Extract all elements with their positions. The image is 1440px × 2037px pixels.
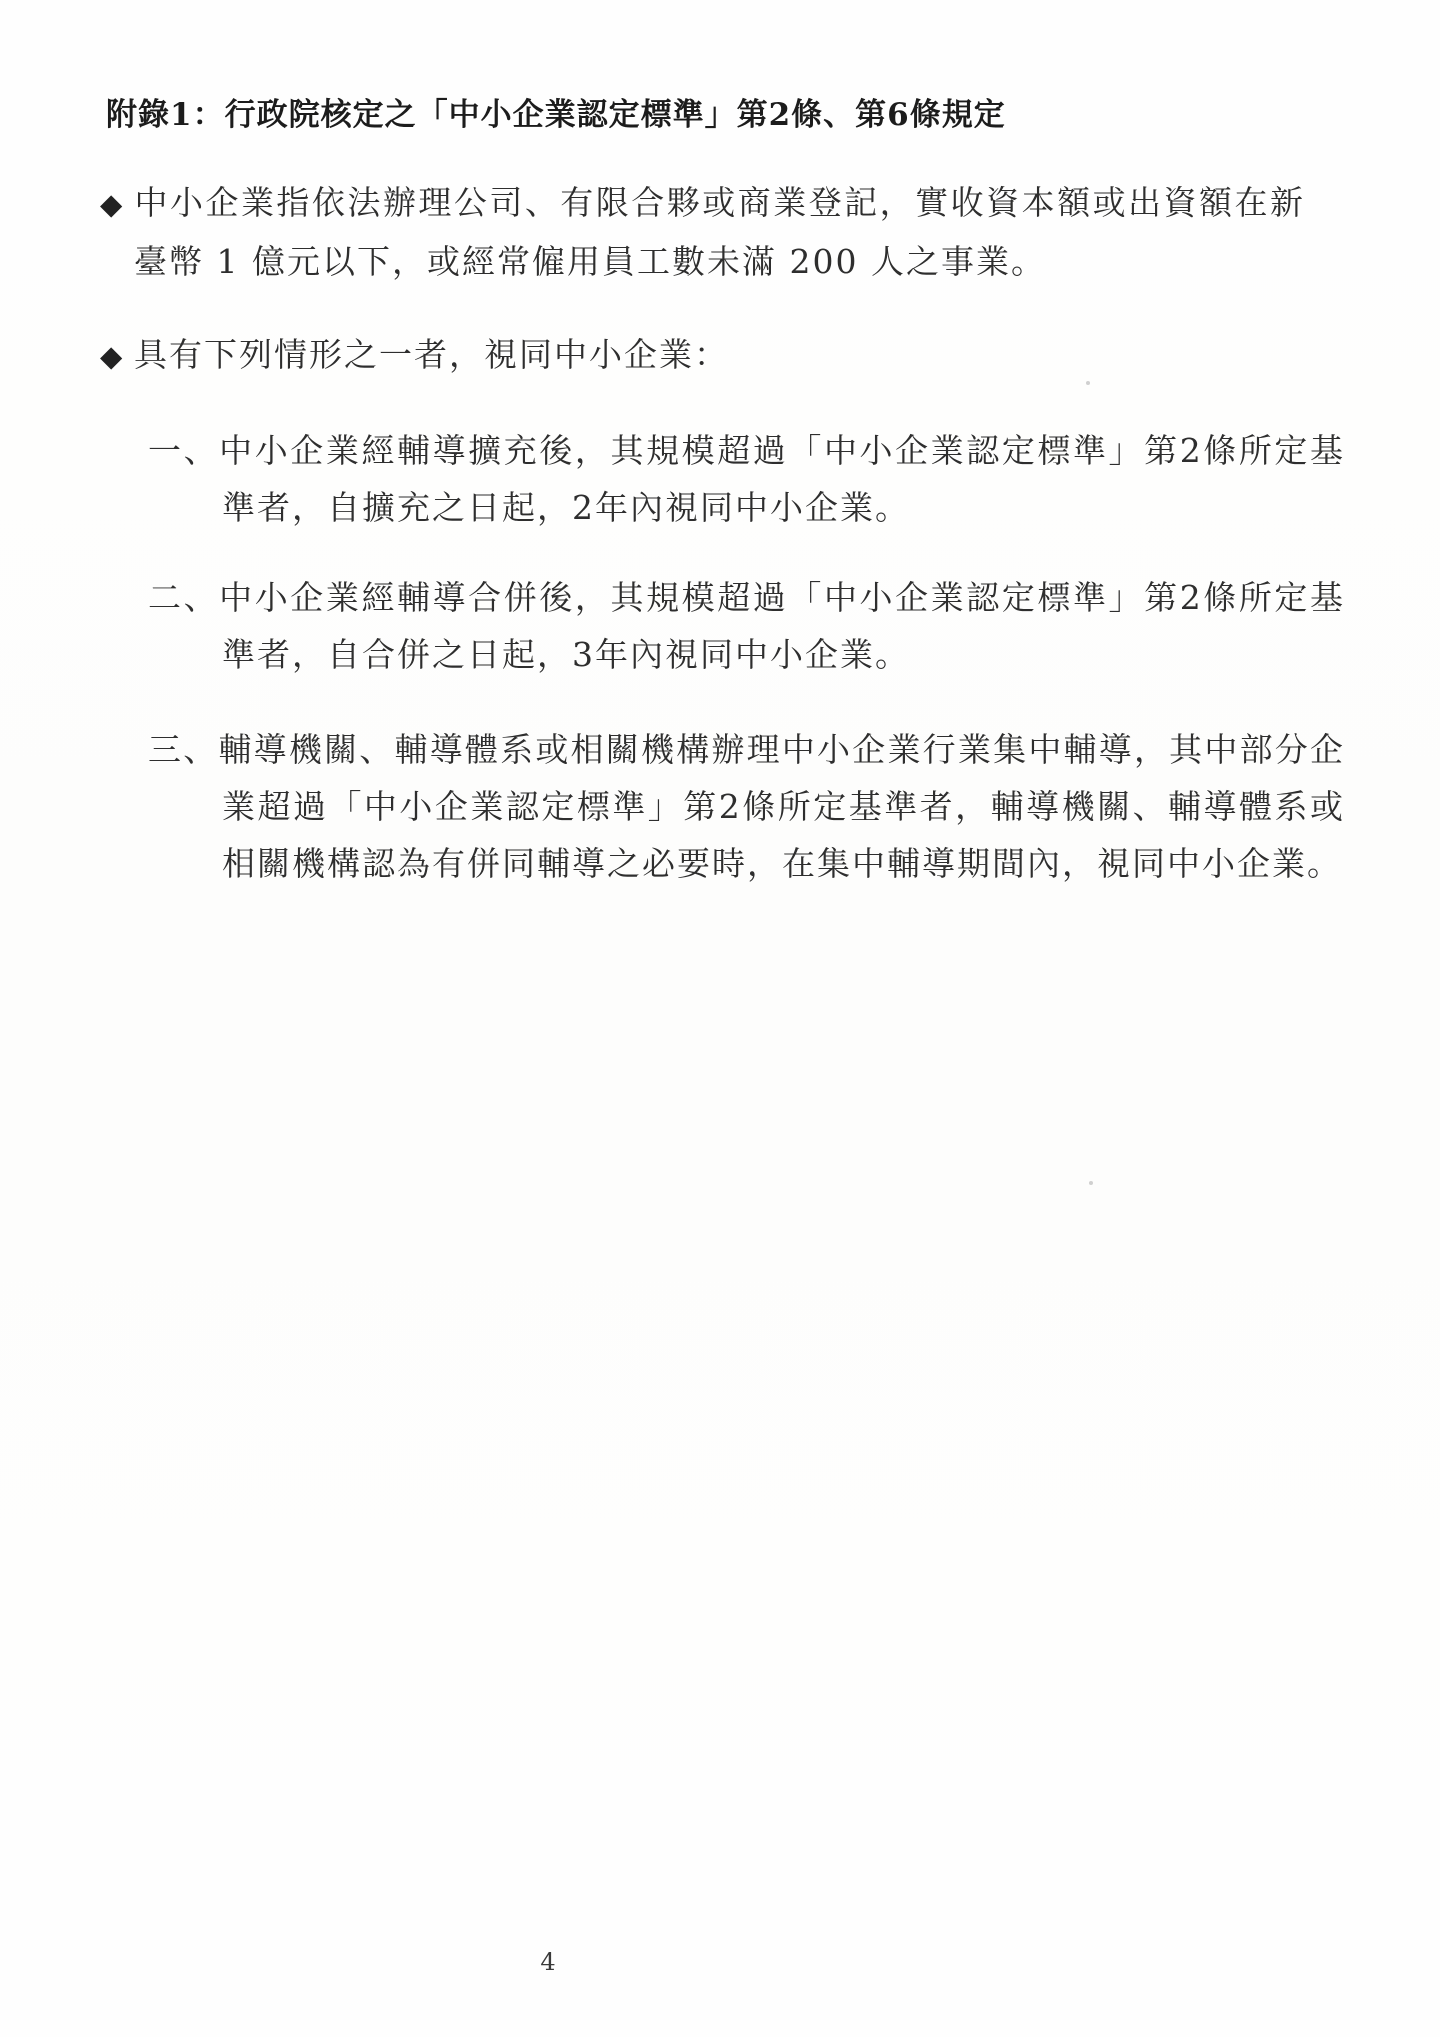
item-number-label: 二、 (148, 578, 219, 617)
document-body: ◆中小企業指依法辦理公司、有限合夥或商業登記，實收資本額或出資額在新臺幣 1 億… (100, 150, 1305, 925)
paragraph-text: 具有下列情形之一者，視同中小企業： (134, 335, 729, 374)
list-item-1: 一、中小企業經輔導擴充後，其規模超過「中小企業認定標準」第2條所定基準者，自擴充… (148, 422, 1345, 536)
scan-artifact-dot (1089, 1181, 1093, 1185)
item-text: 中小企業經輔導擴充後，其規模超過「中小企業認定標準」第2條所定基準者，自擴充之日… (219, 431, 1345, 527)
page-number: 4 (528, 1948, 568, 1976)
document-page: 附錄1：行政院核定之「中小企業認定標準」第2條、第6條規定 ◆中小企業指依法辦理… (0, 0, 1440, 2037)
diamond-bullet-icon: ◆ (100, 176, 134, 233)
item-number-label: 三、 (148, 730, 218, 769)
numbered-item-list: 一、中小企業經輔導擴充後，其規模超過「中小企業認定標準」第2條所定基準者，自擴充… (148, 422, 1345, 892)
page-title: 附錄1：行政院核定之「中小企業認定標準」第2條、第6條規定 (106, 95, 1006, 135)
list-item-3: 三、輔導機關、輔導體系或相關機構辦理中小企業行業集中輔導，其中部分企業超過「中小… (148, 721, 1345, 892)
item-number-label: 一、 (148, 431, 219, 470)
scan-artifact-dot (1086, 381, 1090, 385)
diamond-bullet-icon: ◆ (100, 328, 134, 385)
list-item-2: 二、中小企業經輔導合併後，其規模超過「中小企業認定標準」第2條所定基準者，自合併… (148, 569, 1345, 683)
paragraph-sme-definition: ◆中小企業指依法辦理公司、有限合夥或商業登記，實收資本額或出資額在新臺幣 1 億… (100, 174, 1305, 290)
paragraph-deemed-sme-intro: ◆具有下列情形之一者，視同中小企業： (100, 326, 1305, 385)
item-text: 中小企業經輔導合併後，其規模超過「中小企業認定標準」第2條所定基準者，自合併之日… (219, 578, 1345, 674)
item-text: 輔導機關、輔導體系或相關機構辦理中小企業行業集中輔導，其中部分企業超過「中小企業… (218, 730, 1345, 883)
paragraph-text: 中小企業指依法辦理公司、有限合夥或商業登記，實收資本額或出資額在新臺幣 1 億元… (134, 183, 1305, 281)
